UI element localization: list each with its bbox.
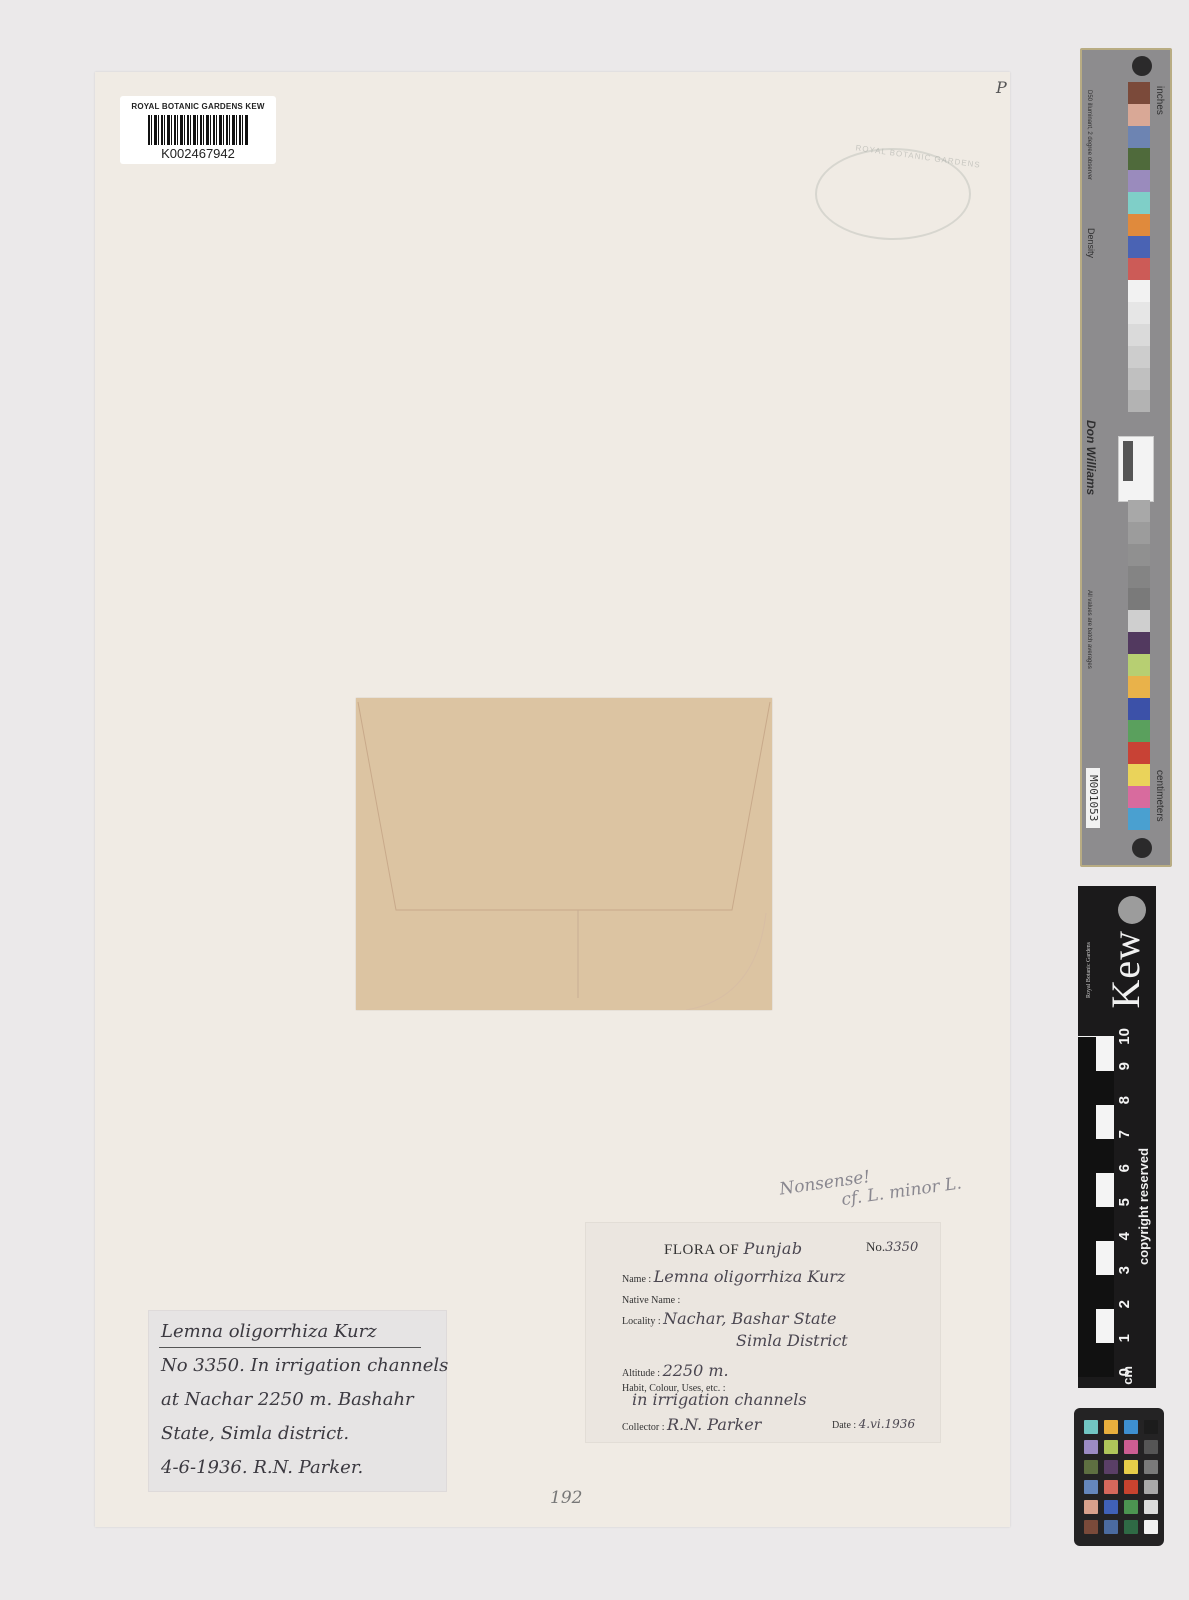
checker-cell bbox=[1084, 1440, 1098, 1454]
barcode-icon bbox=[148, 115, 248, 145]
cm-unit: cm bbox=[1120, 1366, 1135, 1385]
checker-cell bbox=[1084, 1500, 1098, 1514]
checker-cell bbox=[1124, 1500, 1138, 1514]
color-swatch bbox=[1128, 500, 1150, 522]
color-swatch bbox=[1128, 302, 1150, 324]
cm-segment bbox=[1078, 1138, 1114, 1173]
cm-segment bbox=[1078, 1172, 1114, 1207]
cm-digit: 7 bbox=[1116, 1130, 1133, 1138]
checker-cell bbox=[1104, 1460, 1118, 1474]
handwritten-line-5: 4-6-1936. R.N. Parker. bbox=[161, 1457, 363, 1478]
color-swatch bbox=[1128, 258, 1150, 280]
barcode-label: ROYAL BOTANIC GARDENS KEW K002467942 bbox=[120, 96, 276, 164]
color-swatch bbox=[1128, 170, 1150, 192]
kew-logo-subtitle: Royal Botanic Gardens bbox=[1086, 942, 1092, 998]
underline bbox=[159, 1347, 421, 1348]
checker-cell bbox=[1144, 1520, 1158, 1534]
cm-segment bbox=[1078, 1308, 1114, 1343]
cm-digit: 2 bbox=[1116, 1300, 1133, 1308]
cm-digit: 3 bbox=[1116, 1266, 1133, 1274]
color-swatch bbox=[1128, 104, 1150, 126]
checker-cell bbox=[1104, 1420, 1118, 1434]
ruler-id: M001053 bbox=[1086, 768, 1100, 828]
color-swatch bbox=[1128, 214, 1150, 236]
ruler-hole-icon bbox=[1132, 838, 1152, 858]
locality-line-1: Nachar, Bashar State bbox=[663, 1309, 836, 1328]
color-swatch bbox=[1128, 192, 1150, 214]
flora-heading: FLORA OF Punjab bbox=[664, 1239, 803, 1259]
color-checker-grid bbox=[1084, 1420, 1159, 1535]
color-swatch bbox=[1128, 390, 1150, 412]
cm-digit: 9 bbox=[1116, 1062, 1133, 1070]
checker-cell bbox=[1144, 1460, 1158, 1474]
color-swatch bbox=[1128, 654, 1150, 676]
flora-habit-row: Habit, Colour, Uses, etc. : in irrigatio… bbox=[622, 1383, 807, 1409]
collector-value: R.N. Parker bbox=[667, 1415, 761, 1434]
flora-name-row: Name : Lemna oligorrhiza Kurz bbox=[622, 1267, 845, 1286]
flora-native-name-row: Native Name : bbox=[622, 1295, 680, 1306]
locality-line-2: Simla District bbox=[736, 1331, 848, 1350]
color-swatch bbox=[1128, 346, 1150, 368]
checker-cell bbox=[1084, 1420, 1098, 1434]
specimen-packet[interactable] bbox=[356, 698, 772, 1010]
checker-cell bbox=[1104, 1440, 1118, 1454]
flora-locality-row: Locality : Nachar, Bashar State bbox=[622, 1309, 836, 1328]
cm-digit: 4 bbox=[1116, 1232, 1133, 1240]
checker-cell bbox=[1104, 1480, 1118, 1494]
checker-cell bbox=[1084, 1460, 1098, 1474]
cm-segment bbox=[1078, 1104, 1114, 1139]
checker-cell bbox=[1124, 1480, 1138, 1494]
checker-cell bbox=[1124, 1420, 1138, 1434]
handwritten-line-1: Lemna oligorrhiza Kurz bbox=[161, 1321, 377, 1342]
corner-mark: P bbox=[996, 78, 1007, 97]
checker-cell bbox=[1104, 1520, 1118, 1534]
color-swatch bbox=[1128, 82, 1150, 104]
page-number: 192 bbox=[550, 1488, 582, 1508]
color-density-ruler: inches centimeters D50 illuminant, 2 deg… bbox=[1080, 48, 1172, 867]
checker-cell bbox=[1124, 1460, 1138, 1474]
flora-date-row: Date : 4.vi.1936 bbox=[832, 1417, 915, 1431]
checker-cell bbox=[1124, 1440, 1138, 1454]
flora-locality-row-2: Simla District bbox=[736, 1331, 848, 1350]
flora-altitude-row: Altitude : 2250 m. bbox=[622, 1361, 729, 1380]
flora-label: FLORA OF Punjab No.3350 Name : Lemna oli… bbox=[585, 1222, 941, 1443]
cm-segment bbox=[1078, 1274, 1114, 1309]
handwritten-line-3: at Nachar 2250 m. Bashahr bbox=[161, 1389, 414, 1410]
flora-number: No.3350 bbox=[866, 1239, 918, 1255]
institution-name: ROYAL BOTANIC GARDENS KEW bbox=[120, 102, 276, 111]
cm-digit: 6 bbox=[1116, 1164, 1133, 1172]
color-swatch bbox=[1128, 324, 1150, 346]
kew-crest-icon bbox=[1118, 896, 1146, 924]
cm-segment bbox=[1078, 1036, 1114, 1071]
kew-logo: Kew bbox=[1102, 930, 1149, 1009]
color-swatch bbox=[1128, 764, 1150, 786]
color-swatch bbox=[1128, 544, 1150, 566]
copyright-text: copyright reserved bbox=[1136, 1036, 1151, 1376]
checker-cell bbox=[1144, 1420, 1158, 1434]
cm-digit: 8 bbox=[1116, 1096, 1133, 1104]
color-swatch bbox=[1128, 632, 1150, 654]
checker-cell bbox=[1124, 1520, 1138, 1534]
color-swatch bbox=[1128, 610, 1150, 632]
handwritten-line-4: State, Simla district. bbox=[161, 1423, 349, 1444]
color-swatch bbox=[1128, 522, 1150, 544]
ruler-hole-icon bbox=[1132, 56, 1152, 76]
taxon-name: Lemna oligorrhiza Kurz bbox=[654, 1267, 846, 1286]
checker-cell bbox=[1104, 1500, 1118, 1514]
ruler-units-bottom: centimeters bbox=[1154, 770, 1165, 822]
altitude-value: 2250 m. bbox=[663, 1361, 729, 1380]
habit-value: in irrigation channels bbox=[632, 1390, 807, 1409]
color-swatch bbox=[1128, 786, 1150, 808]
illuminant-note: D50 illuminant, 2 degree observer bbox=[1086, 90, 1092, 180]
checker-cell bbox=[1084, 1520, 1098, 1534]
color-checker-card bbox=[1074, 1408, 1164, 1546]
flora-collector-row: Collector : R.N. Parker bbox=[622, 1415, 761, 1434]
kew-scale-bar: Kew Royal Botanic Gardens 012345678910 c… bbox=[1078, 886, 1156, 1388]
color-swatch bbox=[1128, 368, 1150, 390]
color-swatch bbox=[1128, 148, 1150, 170]
cm-segment bbox=[1078, 1206, 1114, 1241]
cm-segment bbox=[1078, 1342, 1114, 1377]
color-swatch bbox=[1128, 126, 1150, 148]
cm-digit: 1 bbox=[1116, 1334, 1133, 1342]
checker-cell bbox=[1144, 1440, 1158, 1454]
cm-segment bbox=[1078, 1070, 1114, 1105]
color-swatch bbox=[1128, 566, 1150, 588]
packet-fold-lines-icon bbox=[356, 698, 772, 1010]
handwritten-line-2: No 3350. In irrigation channels bbox=[161, 1355, 448, 1376]
cm-scale-track bbox=[1078, 1036, 1114, 1376]
color-swatch bbox=[1128, 808, 1150, 830]
checker-cell bbox=[1084, 1480, 1098, 1494]
values-note: All values are batch averages bbox=[1086, 590, 1092, 669]
date-value: 4.vi.1936 bbox=[859, 1417, 915, 1431]
cm-digit: 10 bbox=[1116, 1028, 1133, 1045]
density-label: Density bbox=[1086, 228, 1096, 258]
cm-segment bbox=[1078, 1240, 1114, 1275]
handwritten-label: Lemna oligorrhiza Kurz No 3350. In irrig… bbox=[148, 1310, 447, 1492]
flora-region: Punjab bbox=[744, 1239, 803, 1258]
ruler-units-top: inches bbox=[1154, 86, 1165, 115]
ruler-swatches bbox=[1128, 82, 1150, 830]
color-swatch bbox=[1128, 698, 1150, 720]
checker-cell bbox=[1144, 1500, 1158, 1514]
color-swatch bbox=[1128, 676, 1150, 698]
barcode-number: K002467942 bbox=[120, 146, 276, 161]
cm-digit: 5 bbox=[1116, 1198, 1133, 1206]
ruler-brand: Don Williams bbox=[1084, 420, 1098, 495]
color-swatch bbox=[1128, 280, 1150, 302]
color-swatch bbox=[1128, 588, 1150, 610]
color-swatch bbox=[1128, 742, 1150, 764]
checker-cell bbox=[1144, 1480, 1158, 1494]
color-swatch bbox=[1128, 236, 1150, 258]
color-swatch bbox=[1128, 720, 1150, 742]
